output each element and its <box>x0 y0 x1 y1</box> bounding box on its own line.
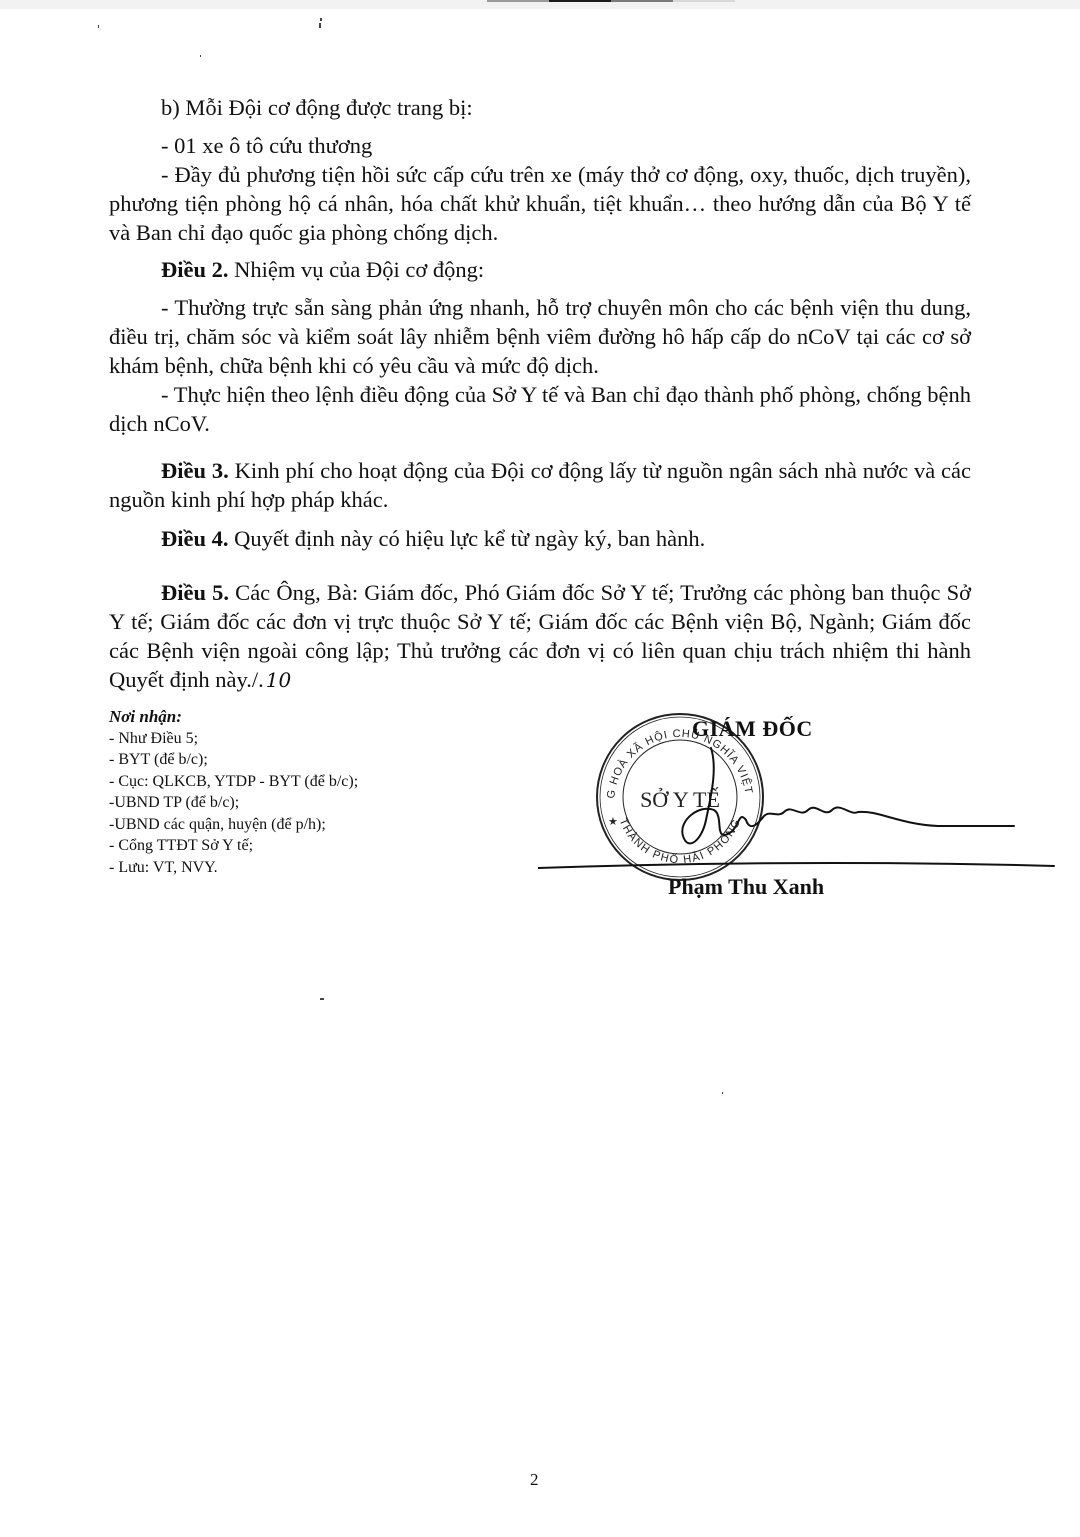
article-label: Điều 4. <box>161 526 229 551</box>
recipients-block: Nơi nhận: - Như Điều 5; - BYT (để b/c); … <box>109 706 358 878</box>
scan-speck <box>98 25 99 28</box>
article-label: Điều 2. <box>161 257 229 282</box>
handwritten-signature <box>538 740 1058 880</box>
article-paragraph: Điều 4. Quyết định này có hiệu lực kể từ… <box>109 524 971 553</box>
scan-speck <box>320 18 322 21</box>
recipients-heading: Nơi nhận: <box>109 706 358 728</box>
article-label: Điều 5. <box>161 580 229 605</box>
article-text: Các Ông, Bà: Giám đốc, Phó Giám đốc Sở Y… <box>109 580 971 692</box>
recipient-item: - Như Điều 5; <box>109 728 358 750</box>
section-b-item: - 01 xe ô tô cứu thương <box>109 131 971 160</box>
scan-speck <box>722 1092 723 1094</box>
scan-speck <box>319 23 321 28</box>
recipient-item: -UBND các quận, huyện (để p/h); <box>109 814 358 836</box>
scan-speck <box>320 998 324 1000</box>
article-4: Điều 4. Quyết định này có hiệu lực kể từ… <box>109 524 971 553</box>
scan-speck <box>200 55 201 57</box>
article-text: Quyết định này có hiệu lực kể từ ngày ký… <box>229 526 706 551</box>
article-paragraph: Điều 5. Các Ông, Bà: Giám đốc, Phó Giám … <box>109 578 971 695</box>
article-2: Điều 2. Nhiệm vụ của Đội cơ động: - Thườ… <box>109 255 971 438</box>
article-item: - Thường trực sẵn sàng phản ứng nhanh, h… <box>109 293 971 380</box>
article-text: Kinh phí cho hoạt động của Đội cơ động l… <box>109 458 971 512</box>
recipient-item: - Lưu: VT, NVY. <box>109 857 358 879</box>
article-paragraph: Điều 3. Kinh phí cho hoạt động của Đội c… <box>109 456 971 514</box>
article-item: - Thực hiện theo lệnh điều động của Sở Y… <box>109 380 971 438</box>
article-heading: Điều 2. Nhiệm vụ của Đội cơ động: <box>109 255 971 284</box>
article-5: Điều 5. Các Ông, Bà: Giám đốc, Phó Giám … <box>109 578 971 695</box>
page-number: 2 <box>530 1470 539 1490</box>
article-text: Nhiệm vụ của Đội cơ động: <box>229 257 485 282</box>
handwritten-initials: 10 <box>266 668 291 692</box>
signer-name: Phạm Thu Xanh <box>668 874 824 900</box>
section-b-item: - Đầy đủ phương tiện hồi sức cấp cứu trê… <box>109 160 971 247</box>
section-b: b) Mỗi Đội cơ động được trang bị: - 01 x… <box>109 93 971 247</box>
recipient-item: -UBND TP (để b/c); <box>109 792 358 814</box>
section-b-heading: b) Mỗi Đội cơ động được trang bị: <box>109 93 971 122</box>
recipient-item: - BYT (để b/c); <box>109 749 358 771</box>
article-label: Điều 3. <box>161 458 229 483</box>
recipient-item: - Cục: QLKCB, YTDP - BYT (để b/c); <box>109 771 358 793</box>
document-page: b) Mỗi Đội cơ động được trang bị: - 01 x… <box>0 0 1080 1537</box>
article-3: Điều 3. Kinh phí cho hoạt động của Đội c… <box>109 456 971 514</box>
signer-title: GIÁM ĐỐC <box>692 716 813 742</box>
recipient-item: - Cổng TTĐT Sở Y tế; <box>109 835 358 857</box>
